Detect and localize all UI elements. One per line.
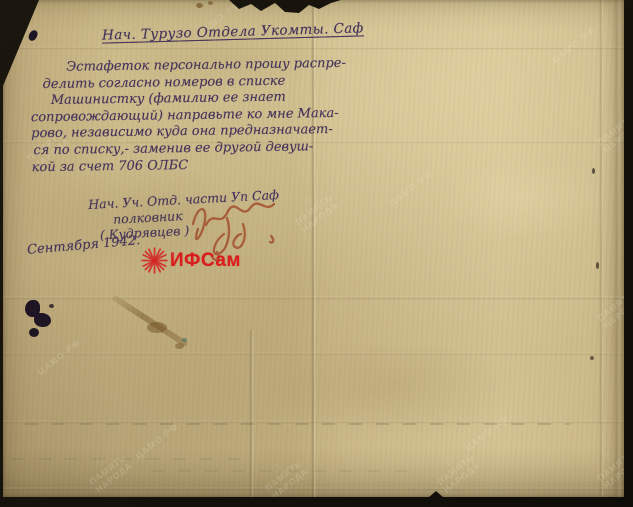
vertical-crease-right-edge <box>599 0 604 497</box>
watermark-portal-label: ПАМЯТЬ НАРОДА <box>591 445 633 496</box>
watermark-star-icon: ☆ <box>298 192 316 210</box>
bleed-through-text <box>151 470 411 472</box>
watermark-portal-label: ПАМЯТЬ НАРОДА <box>289 189 346 240</box>
edge-speck <box>590 356 594 360</box>
horizontal-crease-4 <box>3 352 624 356</box>
edge-stain-dot <box>208 1 213 5</box>
watermark-star-icon: ☆ <box>440 452 458 470</box>
watermark-portal: ☆ ПАМЯТЬ НАРОДА <box>583 434 633 495</box>
scanned-document-page: ЦАМО РФ ЦАМО РФ ЦАМО РФ ЦАМО РФ ЦАМО РФ … <box>0 0 633 507</box>
horizontal-crease-5 <box>3 420 624 424</box>
watermark-portal-label: ПАМЯТЬ НАРОДА <box>591 285 633 336</box>
watermark-portal: ☆ ПАМЯТЬ НАРОДА <box>281 178 346 239</box>
watermark-portal-label: ПАМЯТЬ НАРОДА <box>83 449 140 500</box>
ink-speck <box>27 29 38 42</box>
horizontal-crease-bottom <box>3 487 624 491</box>
watermark-portal: ☆ ПАМЯТЬ НАРОДА <box>75 438 140 499</box>
bleed-through-text <box>11 458 241 460</box>
watermark-portal-label: ПАМЯТЬ НАРОДА <box>591 109 633 160</box>
ink-blot-stain <box>34 313 51 327</box>
teal-speck <box>182 338 187 342</box>
watermark-archive: ЦАМО РФ <box>35 337 82 377</box>
watermark-star-icon: ☆ <box>600 288 618 306</box>
brown-stain-streak <box>111 294 188 347</box>
watermark-star-icon: ☆ <box>92 452 110 470</box>
ink-blot-stain <box>25 300 40 317</box>
horizontal-crease-3 <box>3 296 624 300</box>
edge-stain-dot <box>196 3 203 8</box>
vertical-crease-right-margin <box>613 0 622 497</box>
watermark-portal-label: ПАМЯТЬ НАРОДА <box>259 455 316 506</box>
red-star-burst-icon <box>141 247 168 274</box>
watermark-star-icon: ☆ <box>600 112 618 130</box>
stamp-text: ИФСам <box>170 250 241 272</box>
watermark-portal: ☆ ПАМЯТЬ НАРОДА <box>583 274 633 335</box>
watermark-portal-label: ПАМЯТЬ НАРОДА <box>431 449 488 500</box>
bleed-through-text <box>25 423 570 425</box>
body-paragraph: Эстафеток персонально прошу распре- дели… <box>30 56 350 177</box>
ink-blot-stain <box>29 328 39 337</box>
watermark-archive: ЦАМО РФ <box>387 168 434 208</box>
watermark-archive: ЦАМО РФ <box>550 25 597 65</box>
watermark-archive: ЦАМО РФ <box>133 421 180 461</box>
edge-speck <box>592 168 595 174</box>
brown-stain-blob <box>147 322 167 333</box>
watermark-star-icon: ☆ <box>600 448 618 466</box>
date-line: Сентября 1942. <box>27 233 141 258</box>
vertical-fold-crease-bottom <box>249 330 254 497</box>
watermark-portal: ☆ ПАМЯТЬ НАРОДА <box>423 438 488 499</box>
watermark-portal: ☆ ПАМЯТЬ НАРОДА <box>583 98 633 159</box>
edge-speck <box>596 262 599 269</box>
paper-sheet: ЦАМО РФ ЦАМО РФ ЦАМО РФ ЦАМО РФ ЦАМО РФ … <box>3 0 624 497</box>
ink-speck <box>49 304 54 308</box>
watermark-star-icon: ☆ <box>268 458 286 476</box>
brown-stain-blob <box>175 343 184 349</box>
header-line: Нач. Турузо Отдела Укомты. Саф <box>102 20 364 43</box>
watermark-archive: ЦАМО РФ <box>463 413 510 453</box>
watermark-portal: ☆ ПАМЯТЬ НАРОДА <box>251 444 316 505</box>
horizontal-crease-1 <box>3 46 624 50</box>
